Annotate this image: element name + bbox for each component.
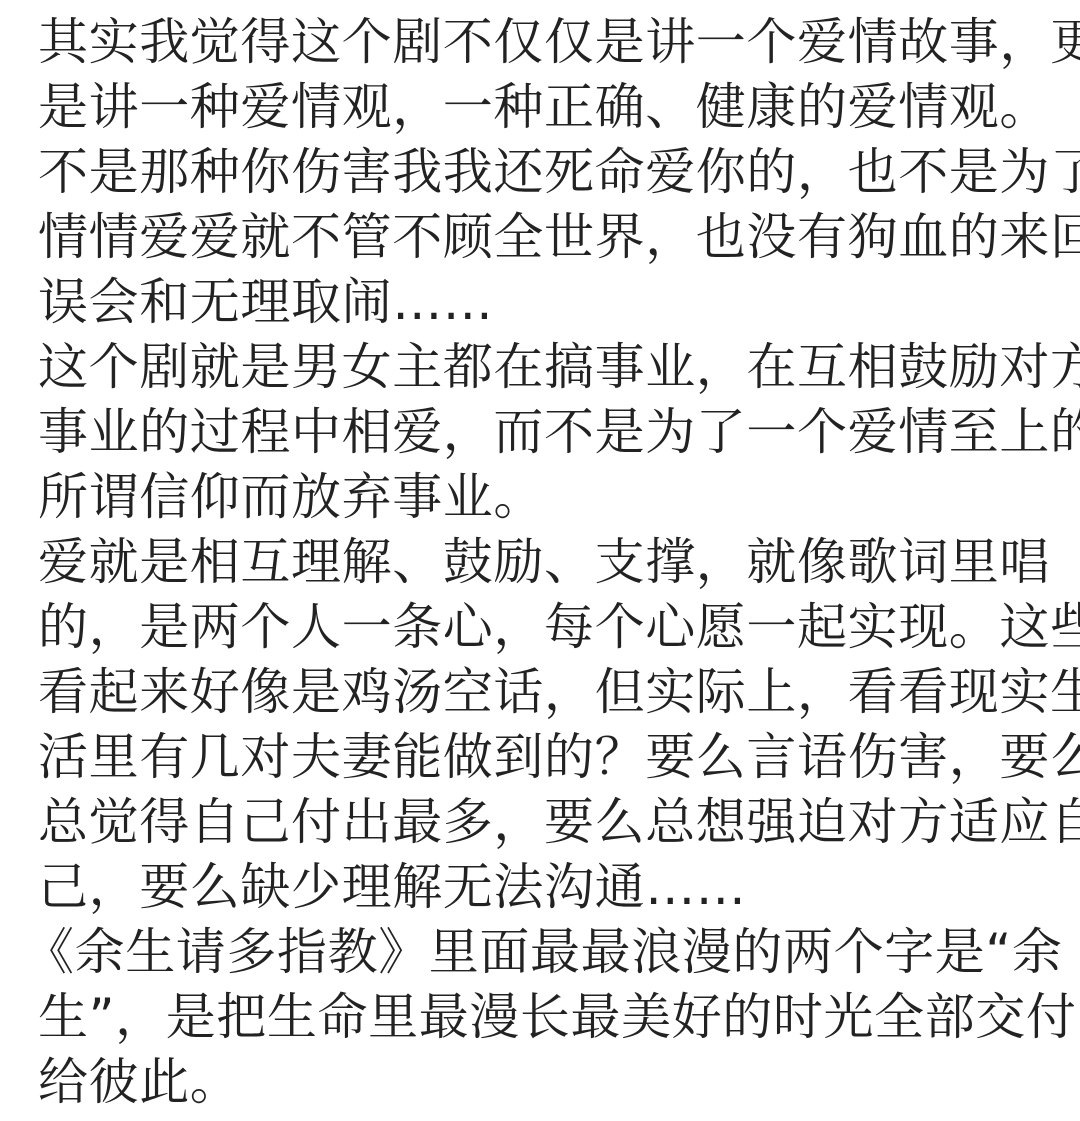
text-line: 给彼此。 [38, 1050, 1068, 1115]
text-line: 活里有几对夫妻能做到的？要么言语伤害，要么 [38, 725, 1068, 790]
paragraph-5: 《余生请多指教》里面最最浪漫的两个字是“余 生”，是把生命里最漫长最美好的时光全… [38, 920, 1068, 1115]
text-line: 《余生请多指教》里面最最浪漫的两个字是“余 [24, 920, 1068, 985]
text-line: 误会和无理取闹…… [38, 270, 1068, 335]
text-line: 情情爱爱就不管不顾全世界，也没有狗血的来回 [38, 205, 1068, 270]
text-line: 总觉得自己付出最多，要么总想强迫对方适应自 [38, 790, 1068, 855]
text-line: 生”，是把生命里最漫长最美好的时光全部交付 [38, 985, 1068, 1050]
text-line: 看起来好像是鸡汤空话，但实际上，看看现实生 [38, 660, 1068, 725]
text-line: 是讲一种爱情观，一种正确、健康的爱情观。 [38, 75, 1068, 140]
text-line: 事业的过程中相爱，而不是为了一个爱情至上的 [38, 400, 1068, 465]
post-body: 其实我觉得这个剧不仅仅是讲一个爱情故事，更 是讲一种爱情观，一种正确、健康的爱情… [38, 10, 1068, 1115]
text-line: 所谓信仰而放弃事业。 [38, 465, 1068, 530]
text-line: 爱就是相互理解、鼓励、支撑，就像歌词里唱 [38, 530, 1068, 595]
text-line: 己，要么缺少理解无法沟通…… [38, 855, 1068, 920]
paragraph-3: 这个剧就是男女主都在搞事业，在互相鼓励对方 事业的过程中相爱，而不是为了一个爱情… [38, 335, 1068, 530]
text-line: 的，是两个人一条心，每个心愿一起实现。这些 [38, 595, 1068, 660]
paragraph-2: 不是那种你伤害我我还死命爱你的，也不是为了 情情爱爱就不管不顾全世界，也没有狗血… [38, 140, 1068, 335]
paragraph-1: 其实我觉得这个剧不仅仅是讲一个爱情故事，更 是讲一种爱情观，一种正确、健康的爱情… [38, 10, 1068, 140]
paragraph-4: 爱就是相互理解、鼓励、支撑，就像歌词里唱 的，是两个人一条心，每个心愿一起实现。… [38, 530, 1068, 920]
text-line: 这个剧就是男女主都在搞事业，在互相鼓励对方 [38, 335, 1068, 400]
text-line: 其实我觉得这个剧不仅仅是讲一个爱情故事，更 [38, 10, 1068, 75]
text-line: 不是那种你伤害我我还死命爱你的，也不是为了 [38, 140, 1068, 205]
